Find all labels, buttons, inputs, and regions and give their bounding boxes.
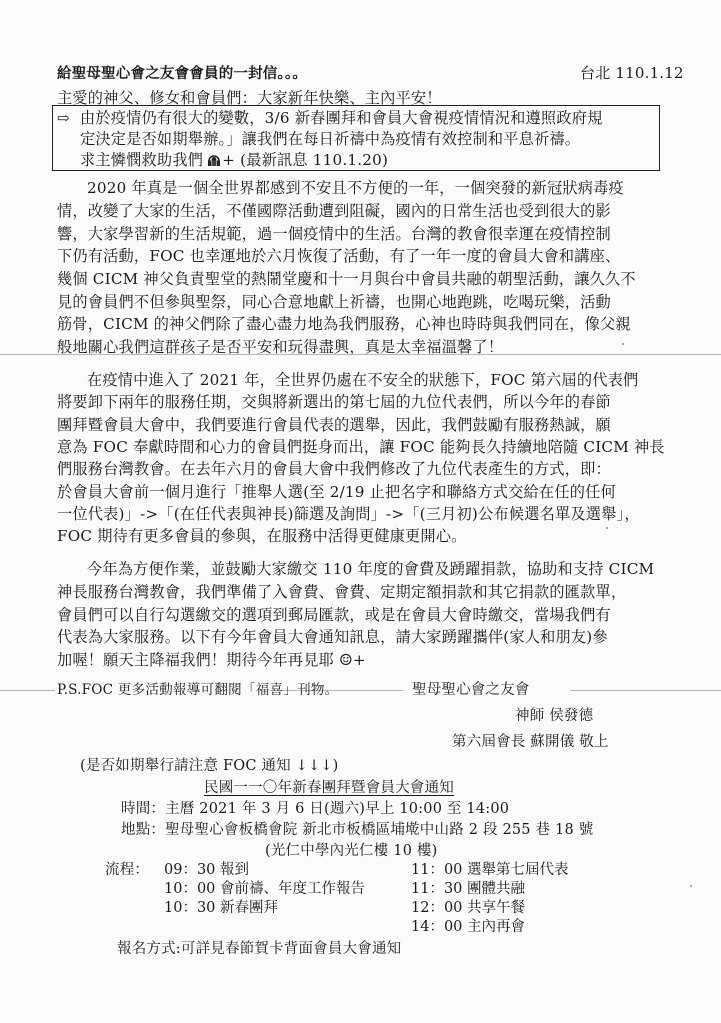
paragraph-line: 情，改變了大家的生活，不僅國際活動遭到阻礙，國內的日常生活也受到很大的影 [57,201,611,221]
scan-speck [690,885,692,887]
paragraph-line: 幾個 CICM 神父負責聖堂的熱鬧堂慶和十一月與台中會員共融的朝聖活動，讓久久不 [57,269,636,289]
schedule-item: 10：30 新春團拜 [164,898,278,918]
scan-fold-line [0,690,55,691]
event-location: 地點：聖母聖心會板橋會院 新北市板橋區埔墘中山路 2 段 255 巷 18 號 [121,820,593,840]
schedule-item: 12：00 共享午餐 [411,898,525,918]
notice-line: 求主憐憫救助我們+ (最新訊息 110.1.20) [80,150,388,170]
paragraph-line: 一位代表)」->「(在任代表與神長)篩選及詢問」->「(三月初)公布候選名單及選… [57,504,640,524]
paragraph-line: 會員們可以自行勾選繳交的選項到郵局匯款，或是在會員大會時繳交，當場我們有 [57,605,611,625]
signature-org: 聖母聖心會之友會 [412,680,530,700]
scan-fold-line [0,354,721,355]
schedule-label: 流程： [105,860,149,880]
paragraph-line: FOC 期待有更多會員的參與，在服務中活得更健康更開心。 [57,526,467,546]
paragraph-line: 神長服務台灣教會，我們準備了入會費、會費、定期定額捐款和其它捐款的匯款單， [57,582,626,602]
paragraph-line: 將要卸下兩年的服務任期，交與將新選出的第七屆的九位代表們，所以今年的春節 [57,392,611,412]
arrow-right-icon: ⇨ [57,108,70,128]
letter-title: 給聖母聖心會之友會會員的一封信。。。 [57,64,307,84]
schedule-item: 11：00 選舉第七屆代表 [411,860,569,880]
paragraph-line: 2020 年真是一個全世界都感到不安且不方便的一年，一個突發的新冠狀病毒疫 [57,178,624,198]
schedule-item: 11：30 團體共融 [411,879,525,899]
signup-info: 報名方式:可詳見春節賀卡背面會員大會通知 [117,939,401,959]
postscript: P.S.FOC 更多活動報導可翻閱「福喜」刊物。 [57,680,338,700]
event-reminder: (是否如期舉行請注意 FOC 通知 ↓↓↓) [80,756,339,776]
paragraph-line: 團拜暨會員大會中，我們要進行會員代表的選舉，因此，我們鼓勵有服務熱誠，願 [57,415,611,435]
praying-headphones-icon [207,152,221,165]
letter-date: 台北 110.1.12 [580,63,684,83]
signature-president: 第六屆會長 蘇開儀 敬上 [452,732,609,752]
paragraph-line: 今年為方便作業，並鼓勵大家繳交 110 年度的會費及踴躍捐款，協助和支持 CIC… [57,559,654,579]
notice-line-text: 求主憐憫救助我們 [80,151,203,169]
schedule-item: 10：00 會前禱、年度工作報告 [164,879,365,899]
notice-line: 定決定是否如期舉辦。」讓我們在每日祈禱中為疫情有效控制和平息祈禱。 [80,129,580,149]
scan-speck [606,527,608,529]
notice-line-suffix: + (最新訊息 110.1.20) [222,151,388,169]
notice-line: 由於疫情仍有很大的變數，3/6 新春團拜和會員大會視疫情情況和遵照政府規 [80,108,602,128]
paragraph-line: 代表為大家服務。以下有今年會員大會通知訊息，請大家踴躍攜伴(家人和朋友)參 [57,627,608,647]
signature-priest: 神師 侯發德 [515,706,593,726]
schedule-item: 09：30 報到 [164,860,249,880]
event-time: 時間：主曆 2021 年 3 月 6 日(週六)早上 10:00 至 14:00 [121,799,509,819]
paragraph-line: 筋骨，CICM 的神父們除了盡心盡力地為我們服務，心神也時時與我們同在，像父親 [57,314,631,334]
scan-fold-line [570,690,721,691]
paragraph-line: 下仍有活動，FOC 也幸運地於六月恢復了活動，有了一年一度的會員大會和講座、 [57,246,620,266]
paragraph-line: 在疫情中進入了 2021 年，全世界仍處在不安全的狀態下，FOC 第六屆的代表們 [57,370,638,390]
event-location-note: (光仁中學內光仁樓 10 樓) [265,841,437,861]
event-title: 民國一一〇年新春團拜暨會員大會通知 [204,778,454,798]
paragraph-line: 響，大家學習新的生活規範，過一個疫情中的生活。台灣的教會很幸運在疫情控制 [57,224,611,244]
paragraph-line: 於會員大會前一個月進行「推舉人選(至 2/19 止把名字和聯絡方式交給在任的任何 [57,482,616,502]
paragraph-line: 們服務台灣教會。在去年六月的會員大會中我們修改了九位代表產生的方式，即： [57,459,611,479]
schedule-item: 14：00 主內再會 [411,917,525,937]
scan-speck [622,343,624,345]
paragraph-line: 見的會員們不但參與聖祭，同心合意地獻上祈禱，也開心地跑跳，吃喝玩樂，活動 [57,292,611,312]
paragraph-line: 加喔！願天主降福我們！期待今年再見耶 ☺+ [57,650,366,670]
paragraph-line: 意為 FOC 奉獻時間和心力的會員們挺身而出，讓 FOC 能夠長久持續地陪隨 C… [57,437,665,457]
letter-page: 給聖母聖心會之友會會員的一封信。。。 台北 110.1.12 主愛的神父、修女和… [0,0,721,1023]
